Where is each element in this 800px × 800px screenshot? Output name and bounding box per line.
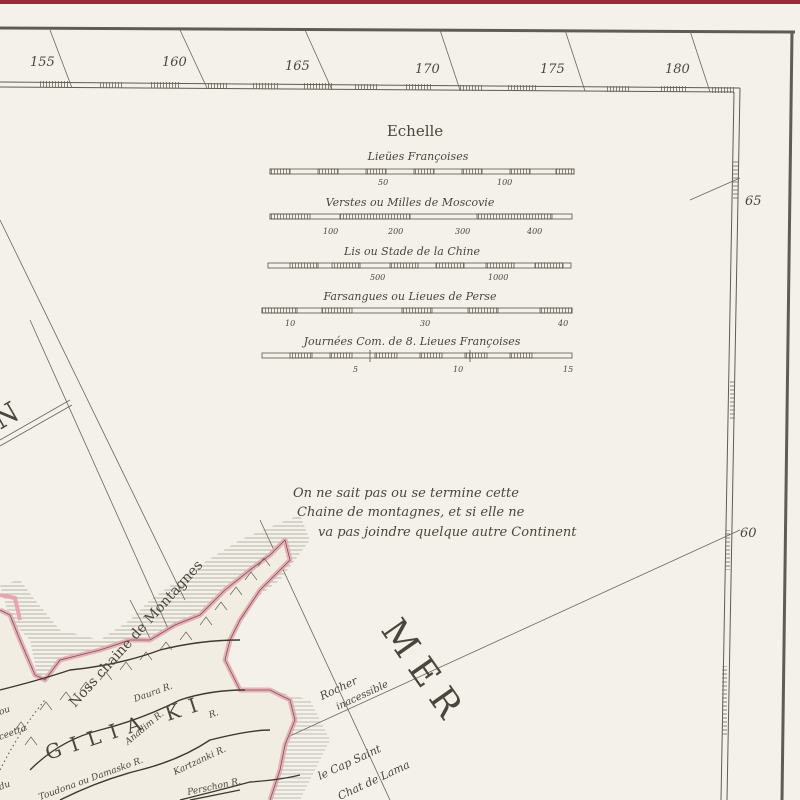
svg-text:100: 100 — [323, 227, 338, 236]
svg-text:5: 5 — [353, 365, 358, 374]
svg-text:300: 300 — [455, 227, 470, 236]
longitude-155: 155 — [30, 55, 55, 70]
svg-text:40: 40 — [557, 319, 568, 328]
svg-text:500: 500 — [370, 273, 385, 282]
svg-text:50: 50 — [378, 178, 388, 187]
latitude-65: 65 — [745, 194, 762, 209]
longitude-175: 175 — [540, 62, 565, 77]
longitude-180: 180 — [665, 62, 690, 77]
scale-label-journees: Journées Com. de 8. Lieues Françoises — [302, 335, 521, 348]
note-line-2: Chaine de montagnes, et si elle ne — [297, 505, 525, 520]
mat-edge — [0, 0, 800, 4]
svg-text:200: 200 — [387, 227, 403, 236]
svg-text:10: 10 — [285, 319, 295, 328]
longitude-170: 170 — [415, 62, 440, 77]
svg-text:400: 400 — [526, 227, 542, 236]
svg-text:100: 100 — [497, 178, 512, 187]
note-line-3: va pas joindre quelque autre Continent — [318, 525, 577, 540]
scale-title: Echelle — [387, 122, 443, 140]
svg-text:10: 10 — [453, 365, 463, 374]
scale-label-verstes: Verstes ou Milles de Moscovie — [326, 196, 495, 209]
scale-label-farsangues: Farsangues ou Lieues de Perse — [323, 290, 497, 303]
longitude-165: 165 — [285, 59, 310, 74]
note-line-1: On ne sait pas ou se termine cette — [293, 486, 519, 501]
longitude-160: 160 — [162, 55, 187, 70]
svg-text:15: 15 — [563, 365, 573, 374]
scale-label-lieues-francoises: Lieües Françoises — [367, 150, 469, 163]
latitude-60: 60 — [740, 526, 757, 541]
svg-text:30: 30 — [420, 319, 430, 328]
scale-label-lis: Lis ou Stade de la Chine — [343, 245, 480, 258]
antique-map: 155 160 165 170 175 180 65 60 Echelle Li… — [0, 0, 800, 800]
svg-text:1000: 1000 — [488, 273, 508, 282]
